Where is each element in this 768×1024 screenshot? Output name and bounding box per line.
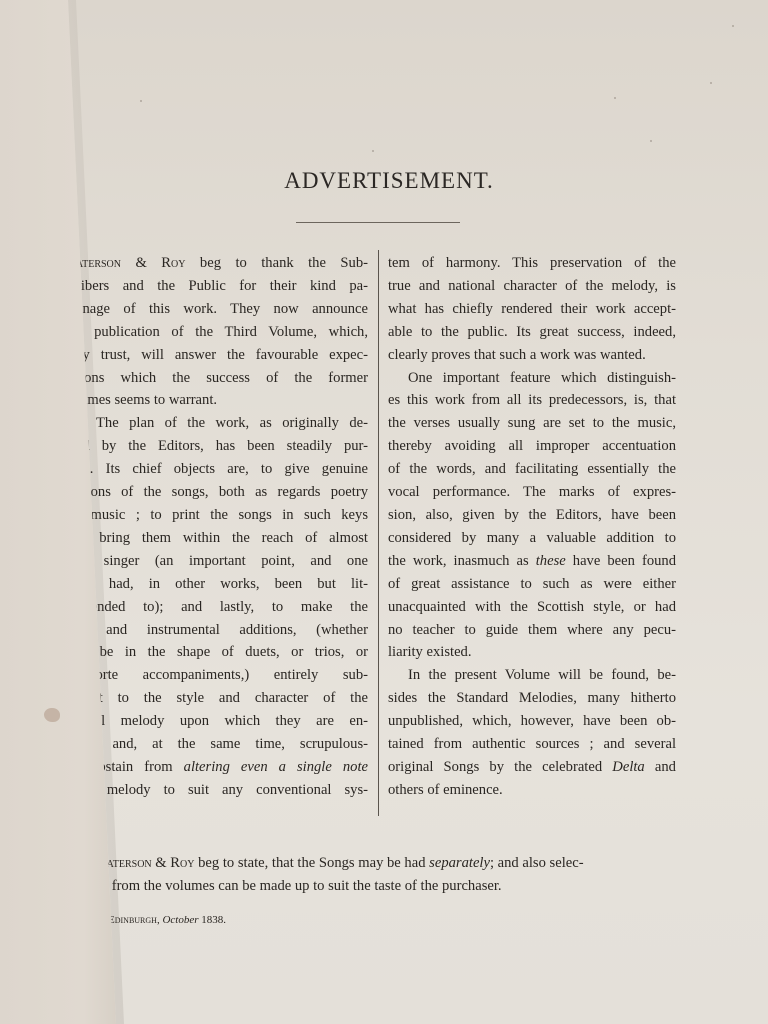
- text-run: &: [152, 855, 171, 871]
- paper-speck: [710, 82, 712, 84]
- text-run: ; and also selec-: [490, 855, 584, 871]
- text-run: original Songs by the celebrated: [388, 759, 612, 775]
- right-column-line: others of eminence.: [388, 779, 676, 802]
- text-run: what has chiefly rendered their work acc…: [388, 301, 676, 317]
- right-column-line: clearly proves that such a work was want…: [388, 344, 676, 367]
- note-line: ; from the volumes can be made up to sui…: [104, 875, 664, 898]
- small-caps-text: Roy: [170, 855, 194, 871]
- text-run: tained from authentic sources ; and seve…: [388, 736, 676, 752]
- text-run: rsions of the songs, both as regards poe…: [76, 484, 368, 500]
- text-run: In the present Volume will be found, be-: [408, 667, 676, 683]
- dateline-year: 1838.: [201, 914, 226, 926]
- right-column-line: what has chiefly rendered their work acc…: [388, 298, 676, 321]
- right-column-line: the verses usually sung are set to the m…: [388, 412, 676, 435]
- right-column-line: One important feature which distinguish-: [388, 367, 676, 390]
- paper-speck: [614, 97, 616, 99]
- left-column-line: ey trust, will answer the favourable exp…: [76, 344, 368, 367]
- left-column-line: ted, and, at the same time, scrupulous-: [76, 733, 368, 756]
- right-column-line: of great assistance to such as were eith…: [388, 573, 676, 596]
- text-run: ribers and the Public for their kind pa-: [76, 278, 368, 294]
- text-run: es this work from all its predecessors, …: [388, 392, 676, 408]
- text-run: ted, and, at the same time, scrupulous-: [76, 736, 368, 752]
- page-title: ADVERTISEMENT.: [0, 168, 768, 194]
- text-run: sides the Standard Melodies, many hither…: [388, 690, 676, 706]
- text-run: se be in the shape of duets, or trios, o…: [76, 644, 368, 660]
- text-run: unacquainted with the Scottish style, or…: [388, 599, 676, 615]
- text-run: l music ; to print the songs in such key…: [76, 507, 368, 523]
- text-run: The plan of the work, as originally de-: [96, 415, 368, 431]
- right-column-line: unpublished, which, however, have been o…: [388, 710, 676, 733]
- text-run: lumes seems to warrant.: [76, 392, 217, 408]
- right-column-line: true and national character of the melod…: [388, 275, 676, 298]
- right-column-line: tained from authentic sources ; and seve…: [388, 733, 676, 756]
- dateline-month: October: [162, 914, 198, 926]
- right-column-line: vocal performance. The marks of expres-: [388, 481, 676, 504]
- text-run: beg to thank the Sub-: [185, 255, 368, 271]
- left-column-line: noforte accompaniments,) entirely sub-: [76, 664, 368, 687]
- left-column-line: ed by the Editors, has been steadily pur…: [76, 435, 368, 458]
- right-column-line: liarity existed.: [388, 641, 676, 664]
- text-run: ey trust, will answer the favourable exp…: [76, 347, 368, 363]
- text-run: e publication of the Third Volume, which…: [76, 324, 368, 340]
- paper-stain: [44, 708, 60, 722]
- left-column-line: The plan of the work, as originally de-: [76, 412, 368, 435]
- text-run: the verses usually sung are set to the m…: [388, 415, 676, 431]
- column-divider: [378, 250, 379, 816]
- title-rule-divider: [296, 222, 460, 223]
- text-run: considered by many a valuable addition t…: [388, 530, 676, 546]
- left-column-line: › abstain from altering even a single no…: [76, 756, 368, 779]
- left-column-line: ed. Its chief objects are, to give genui…: [76, 458, 368, 481]
- text-run: to bring them within the reach of almost: [76, 530, 368, 546]
- right-column-line: thereby avoiding all improper accentuati…: [388, 435, 676, 458]
- small-caps-text: Roy: [161, 255, 185, 271]
- text-run: ginal melody upon which they are en-: [76, 713, 368, 729]
- paper-speck: [140, 100, 142, 102]
- right-column-line: the work, inasmuch as these have been fo…: [388, 550, 676, 573]
- text-run: others of eminence.: [388, 782, 503, 798]
- paper-speck: [732, 25, 734, 27]
- text-run: able to the public. Its great success, i…: [388, 324, 676, 340]
- text-run: of the words, and facilitating essential…: [388, 461, 676, 477]
- text-run: beg to state, that the Songs may be had: [194, 855, 429, 871]
- left-column-line: ry singer (an important point, and one: [76, 550, 368, 573]
- paper-speck: [372, 150, 374, 152]
- left-column-line: tions which the success of the former: [76, 367, 368, 390]
- dateline: Edinburgh, October 1838.: [108, 914, 226, 926]
- text-run: unpublished, which, however, have been o…: [388, 713, 676, 729]
- right-column-line: considered by many a valuable addition t…: [388, 527, 676, 550]
- left-column-line: ɔnage of this work. They now announce: [76, 298, 368, 321]
- text-run: thereby avoiding all improper accentuati…: [388, 438, 676, 454]
- text-run: attended to); and lastly, to make the: [76, 599, 368, 615]
- text-run: have been found: [566, 553, 676, 569]
- text-run: no teacher to guide them where any pecu-: [388, 622, 676, 638]
- text-run: vocal performance. The marks of expres-: [388, 484, 676, 500]
- left-column-line: l music ; to print the songs in such key…: [76, 504, 368, 527]
- left-column-line: to bring them within the reach of almost: [76, 527, 368, 550]
- right-column-line: able to the public. Its great success, i…: [388, 321, 676, 344]
- right-column-line: tem of harmony. This preservation of the: [388, 252, 676, 275]
- text-run: ed by the Editors, has been steadily pur…: [76, 438, 368, 454]
- text-run: tions which the success of the former: [76, 370, 368, 386]
- text-run: ry singer (an important point, and one: [76, 553, 368, 569]
- right-column-line: sion, also, given by the Editors, have b…: [388, 504, 676, 527]
- right-column-line: In the present Volume will be found, be-: [388, 664, 676, 687]
- text-run: ich had, in other works, been but lit-: [76, 576, 368, 592]
- left-column-line: se be in the shape of duets, or trios, o…: [76, 641, 368, 664]
- text-run: rient to the style and character of the: [76, 690, 368, 706]
- left-column-line: nat melody to suit any conventional sys-: [76, 779, 368, 802]
- italic-text: these: [536, 553, 566, 569]
- italic-text: altering even a single note: [184, 759, 368, 775]
- right-column-line: unacquainted with the Scottish style, or…: [388, 596, 676, 619]
- text-run: ɔnage of this work. They now announce: [76, 301, 368, 317]
- text-run: clearly proves that such a work was want…: [388, 347, 646, 363]
- text-run: true and national character of the melod…: [388, 278, 676, 294]
- text-run: of great assistance to such as were eith…: [388, 576, 676, 592]
- left-column-line: attended to); and lastly, to make the: [76, 596, 368, 619]
- right-column-line: of the words, and facilitating essential…: [388, 458, 676, 481]
- left-text-column: aterson & Roy beg to thank the Sub-riber…: [76, 252, 368, 802]
- text-run: al and instrumental additions, (whether: [76, 622, 368, 638]
- text-run: and: [645, 759, 676, 775]
- text-run: One important feature which distinguish-: [408, 370, 676, 386]
- text-run: tem of harmony. This preservation of the: [388, 255, 676, 271]
- right-column-line: es this work from all its predecessors, …: [388, 389, 676, 412]
- italic-text: Delta: [612, 759, 644, 775]
- left-column-line: ich had, in other works, been but lit-: [76, 573, 368, 596]
- left-column-line: ginal melody upon which they are en-: [76, 710, 368, 733]
- text-run: nat melody to suit any conventional sys-: [76, 782, 368, 798]
- left-column-line: ribers and the Public for their kind pa-: [76, 275, 368, 298]
- text-run: liarity existed.: [388, 644, 472, 660]
- right-text-column: tem of harmony. This preservation of the…: [388, 252, 676, 802]
- left-column-line: e publication of the Third Volume, which…: [76, 321, 368, 344]
- text-run: ed. Its chief objects are, to give genui…: [76, 461, 368, 477]
- right-column-line: sides the Standard Melodies, many hither…: [388, 687, 676, 710]
- right-column-line: original Songs by the celebrated Delta a…: [388, 756, 676, 779]
- left-column-line: aterson & Roy beg to thank the Sub-: [76, 252, 368, 275]
- text-run: the work, inasmuch as: [388, 553, 536, 569]
- left-column-line: lumes seems to warrant.: [76, 389, 368, 412]
- note-line: 'aterson & Roy beg to state, that the So…: [104, 852, 664, 875]
- text-run: sion, also, given by the Editors, have b…: [388, 507, 676, 523]
- text-run: ; from the volumes can be made up to sui…: [104, 878, 502, 894]
- italic-text: separately: [429, 855, 490, 871]
- left-column-line: rient to the style and character of the: [76, 687, 368, 710]
- left-column-line: al and instrumental additions, (whether: [76, 619, 368, 642]
- left-column-line: rsions of the songs, both as regards poe…: [76, 481, 368, 504]
- right-column-line: no teacher to guide them where any pecu-: [388, 619, 676, 642]
- text-run: noforte accompaniments,) entirely sub-: [76, 667, 368, 683]
- paper-speck: [650, 140, 652, 142]
- text-run: &: [121, 255, 161, 271]
- publisher-note: 'aterson & Roy beg to state, that the So…: [104, 852, 664, 898]
